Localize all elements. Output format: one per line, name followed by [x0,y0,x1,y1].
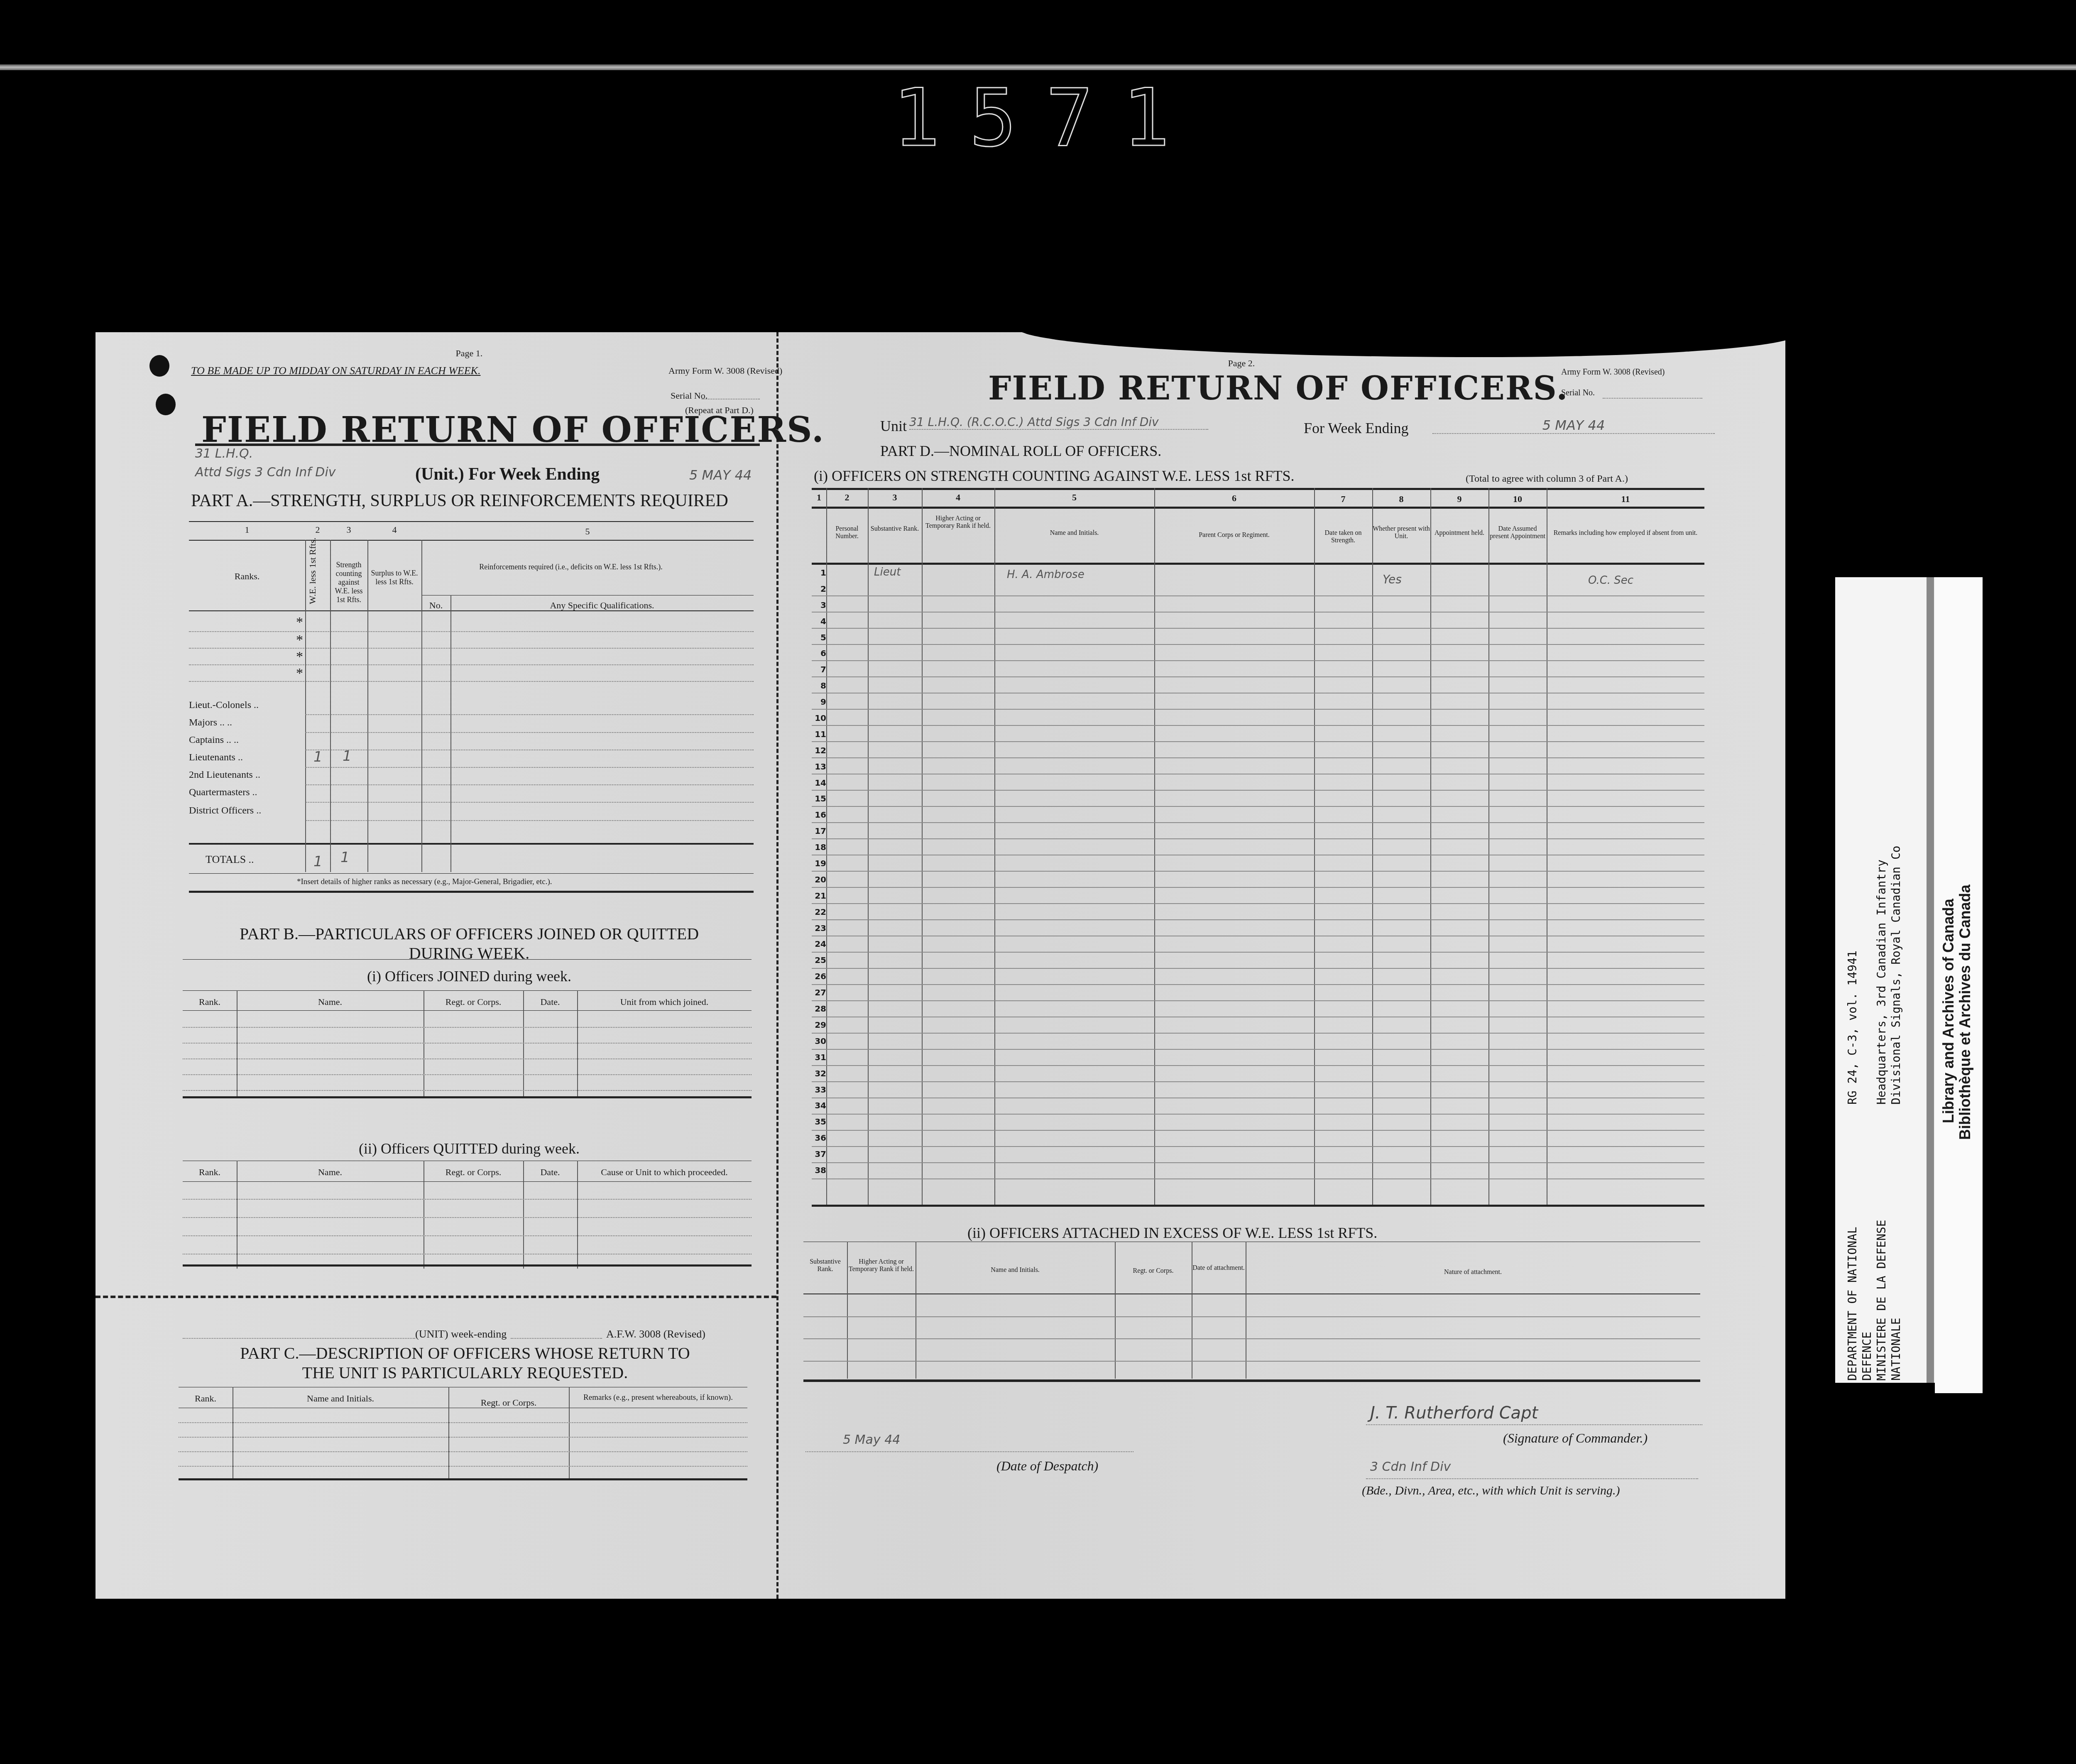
dept-en-line2: DEFENCE [1860,1332,1874,1381]
page2-title: FIELD RETURN OF OFFICERS. [988,370,1568,407]
part-b-heading: PART B.—PARTICULARS OF OFFICERS JOINED O… [183,924,756,963]
lieutenants-we-value[interactable]: 1 [313,749,323,765]
page2-label: Page 2. [1200,358,1283,369]
serving-with-value[interactable]: 3 Cdn Inf Div [1370,1460,1451,1474]
part-a-row-2nd-lieutenants: 2nd Lieutenants .. [189,769,754,786]
part-a-row-captains: Captains .. .. [189,735,754,751]
film-edge [0,64,2076,70]
part-a-totals-row: TOTALS .. 1 1 [189,853,754,870]
commander-signature[interactable]: J. T. Rutherford Capt [1370,1404,1538,1423]
page2-serial-no-field[interactable] [1603,398,1702,399]
unit-handwritten-1[interactable]: 31 L.H.Q. [195,446,253,461]
part-a-row: * [189,632,754,649]
frame-stamp-number: 1571 [893,77,1192,160]
week-ending-value[interactable]: 5 MAY 44 [689,467,752,483]
perforation-line [95,1296,776,1298]
entry-rank[interactable]: Lieut [874,566,901,578]
army-form-ref: Army Form W. 3008 (Revised) [668,365,782,376]
part-c-unit-line: (UNIT) week-ending [415,1328,507,1340]
joined-title: (i) Officers JOINED during week. [183,968,756,985]
part-a-row-district-officers: District Officers .. [189,805,754,822]
part-d-heading: PART D.—NOMINAL ROLL OF OFFICERS. [880,442,1161,460]
dept-fr-line1: MINISTERE DE LA DEFENSE [1875,1220,1888,1381]
page1-label: Page 1. [428,348,511,359]
signature-label: (Signature of Commander.) [1503,1431,1648,1446]
unit-handwritten-2[interactable]: Attd Sigs 3 Cdn Inf Div [195,465,336,480]
institution-fr: Bibliothèque et Archives du Canada [1956,884,1974,1140]
joined-table: Rank. Name. Regt. or Corps. Date. Unit f… [183,990,752,1098]
instruction-text: TO BE MADE UP TO MIDDAY ON SATURDAY IN E… [191,365,480,377]
archive-description-2: Divisional Signals, Royal Canadian Co [1889,845,1903,1105]
part-a-row: * [189,615,754,631]
section-i-note: (Total to agree with column 3 of Part A.… [1466,473,1628,485]
card-shadow [1927,577,1934,1383]
punch-hole [149,355,169,377]
archive-description-1: Headquarters, 3rd Canadian Infantry [1875,860,1888,1105]
part-a-heading: PART A.—STRENGTH, SURPLUS OR REINFORCEME… [191,491,728,511]
part-a-row-quartermasters: Quartermasters .. [189,787,754,804]
despatch-date-value[interactable]: 5 May 44 [843,1433,900,1447]
row-rules [812,580,1704,1195]
part-a-table: 1 2 3 4 5 Ranks. W.E. less 1st Rfts. Str… [189,521,754,895]
for-week-ending-label: For Week Ending [1304,419,1408,437]
unit-label: Unit [880,417,907,435]
despatch-date-label: (Date of Despatch) [996,1458,1098,1474]
serial-no-label: Serial No. [671,390,708,401]
part-a-row: * [189,649,754,666]
part-c-table: Rank. Name and Initials. Regt. or Corps.… [179,1387,747,1487]
dept-fr-line2: NATIONALE [1889,1318,1903,1381]
part-a-row-majors: Majors .. .. [189,717,754,734]
institution-en: Library and Archives of Canada [1940,899,1957,1123]
punch-hole [156,394,176,415]
page2-army-form-ref: Army Form W. 3008 (Revised) [1561,367,1665,377]
totals-we-value[interactable]: 1 [313,853,323,870]
attached-officers-table: Substantive Rank. Higher Acting or Tempo… [803,1242,1700,1395]
entry-name[interactable]: H. A. Ambrose [1007,568,1085,581]
quitted-table: Rank. Name. Regt. or Corps. Date. Cause … [183,1161,752,1269]
title-underline [195,443,760,446]
unit-field[interactable]: 31 L.H.Q. (R.C.O.C.) Attd Sigs 3 Cdn Inf… [909,415,1208,430]
page-fold-line [776,332,781,1599]
quitted-title: (ii) Officers QUITTED during week. [183,1140,756,1157]
section-i-title: (i) OFFICERS ON STRENGTH COUNTING AGAINS… [814,467,1294,485]
section-ii-title: (ii) OFFICERS ATTACHED IN EXCESS OF W.E.… [967,1224,1377,1242]
dept-en-line1: DEPARTMENT OF NATIONAL [1846,1227,1859,1381]
part-a-row-lieutenants: Lieutenants .. 1 1 [189,752,754,769]
totals-strength-value[interactable]: 1 [340,849,350,866]
lieutenants-strength-value[interactable]: 1 [343,748,352,764]
part-c-heading: PART C.—DESCRIPTION OF OFFICERS WHOSE RE… [179,1343,752,1382]
nominal-roll-table: 1 2 3 4 5 6 7 8 9 10 11 Personal Number.… [812,488,1704,1208]
week-ending-field[interactable]: 5 MAY 44 [1432,417,1715,434]
part-c-form-ref: A.F.W. 3008 (Revised) [606,1328,705,1340]
serial-no-field[interactable] [702,399,760,399]
part-a-row-lieut-colonels: Lieut.-Colonels .. [189,700,754,716]
part-a-row: * [189,666,754,682]
part-a-footnote: *Insert details of higher ranks as neces… [297,877,552,887]
unit-week-ending-label: (Unit.) For Week Ending [415,464,600,484]
serving-with-label: (Bde., Divn., Area, etc., with which Uni… [1362,1484,1620,1498]
archive-reference: RG 24, C-3, vol. 14941 [1846,951,1859,1105]
